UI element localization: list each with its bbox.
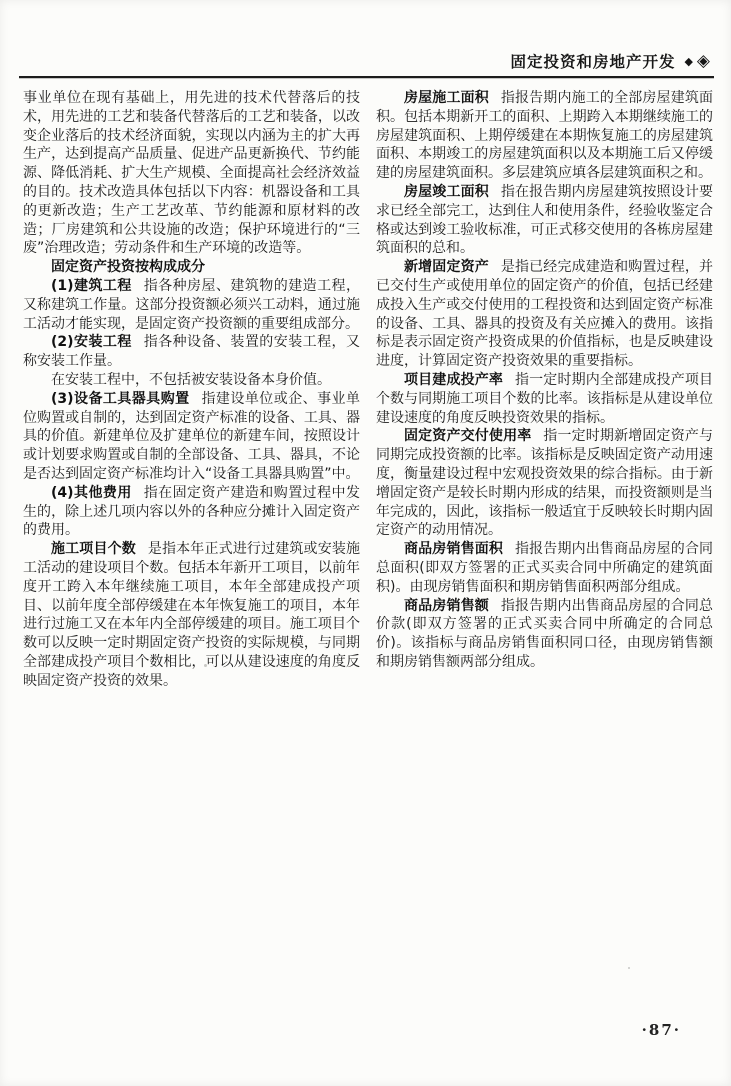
definition-term: 房屋竣工面积 [404,184,501,200]
paragraph: (2)安装工程指各种设备、装置的安装工程，又称安装工作量。 [23,333,360,371]
definition-text: 指一定时期新增固定资产与同期完成投资额的比率。该指标是反映固定资产动用速度，衡量… [376,428,713,538]
definition-text: 是指本年正式进行过建筑或安装施工活动的建设项目个数。包括本年新开工项目，以前年度… [23,541,360,689]
page-number: ·87· [642,1021,681,1039]
page-header-title: 固定投资和房地产开发 [510,50,675,72]
scan-artifact-speck [628,967,630,969]
definition-term: 商品房销售额 [404,598,501,614]
definition-term: 商品房销售面积 [404,541,515,557]
page-footer: ·87· [642,1021,681,1039]
paragraph: 新增固定资产是指已经完成建造和购置过程，并已交付生产或使用单位的固定资产的价值，… [376,258,713,371]
page-header: 固定投资和房地产开发 ◆ ◈ [510,50,711,72]
paragraph: 在安装工程中，不包括被安装设备本身价值。 [23,371,360,390]
document-page: 固定投资和房地产开发 ◆ ◈ 事业单位在现有基础上，用先进的技术代替落后的技术，… [0,0,731,1086]
section-heading: 固定资产投资按构成成分 [23,258,360,277]
definition-term: 固定资产交付使用率 [404,428,543,444]
definition-term: (3)设备工具器具购置 [51,391,201,407]
paragraph: 商品房销售面积指报告期内出售商品房屋的合同总面积(即双方签署的正式买卖合同中所确… [376,540,713,596]
paragraph: (3)设备工具器具购置指建设单位或企、事业单位购置或自制的，达到固定资产标准的设… [23,390,360,484]
paragraph: 项目建成投产率指一定时期内全部建成投产项目个数与同期施工项目个数的比率。该指标是… [376,371,713,427]
paragraph: 房屋竣工面积指在报告期内房屋建筑按照设计要求已经全部完工，达到住人和使用条件，经… [376,183,713,258]
definition-term: 施工项目个数 [51,541,148,557]
definition-term: 房屋施工面积 [404,90,501,106]
definition-term: 新增固定资产 [404,259,501,275]
paragraph: 固定资产交付使用率指一定时期新增固定资产与同期完成投资额的比率。该指标是反映固定… [376,427,713,540]
paragraph: 商品房销售额指报告期内出售商品房屋的合同总价款(即双方签署的正式买卖合同中所确定… [376,597,713,672]
definition-term: (2)安装工程 [51,334,144,350]
scan-artifact-speck [204,664,207,667]
header-rule [19,76,714,78]
right-column: 房屋施工面积指报告期内施工的全部房屋建筑面积。包括本期新开工的面积、上期跨入本期… [376,89,713,691]
paragraph: (4)其他费用指在固定资产建造和购置过程中发生的，除上述几项内容以外的各种应分摊… [23,484,360,540]
definition-term: (4)其他费用 [51,485,144,501]
paragraph: 施工项目个数是指本年正式进行过建筑或安装施工活动的建设项目个数。包括本年新开工项… [23,540,360,690]
paragraph: 房屋施工面积指报告期内施工的全部房屋建筑面积。包括本期新开工的面积、上期跨入本期… [376,89,713,183]
definition-term: 项目建成投产率 [404,372,515,388]
left-column: 事业单位在现有基础上，用先进的技术代替落后的技术，用先进的工艺和装备代替落后的工… [23,89,360,691]
definition-text: 是指已经完成建造和购置过程，并已交付生产或使用单位的固定资产的价值，包括已经建成… [376,259,713,369]
paragraph: (1)建筑工程指各种房屋、建筑物的建造工程，又称建筑工作量。这部分投资额必须兴工… [23,277,360,333]
text-columns: 事业单位在现有基础上，用先进的技术代替落后的技术，用先进的工艺和装备代替落后的工… [23,89,713,691]
diamond-icon-large: ◈ [697,53,711,70]
diamond-icon-small: ◆ [684,56,693,67]
paragraph: 事业单位在现有基础上，用先进的技术代替落后的技术，用先进的工艺和装备代替落后的工… [23,89,360,258]
definition-term: (1)建筑工程 [51,278,144,294]
